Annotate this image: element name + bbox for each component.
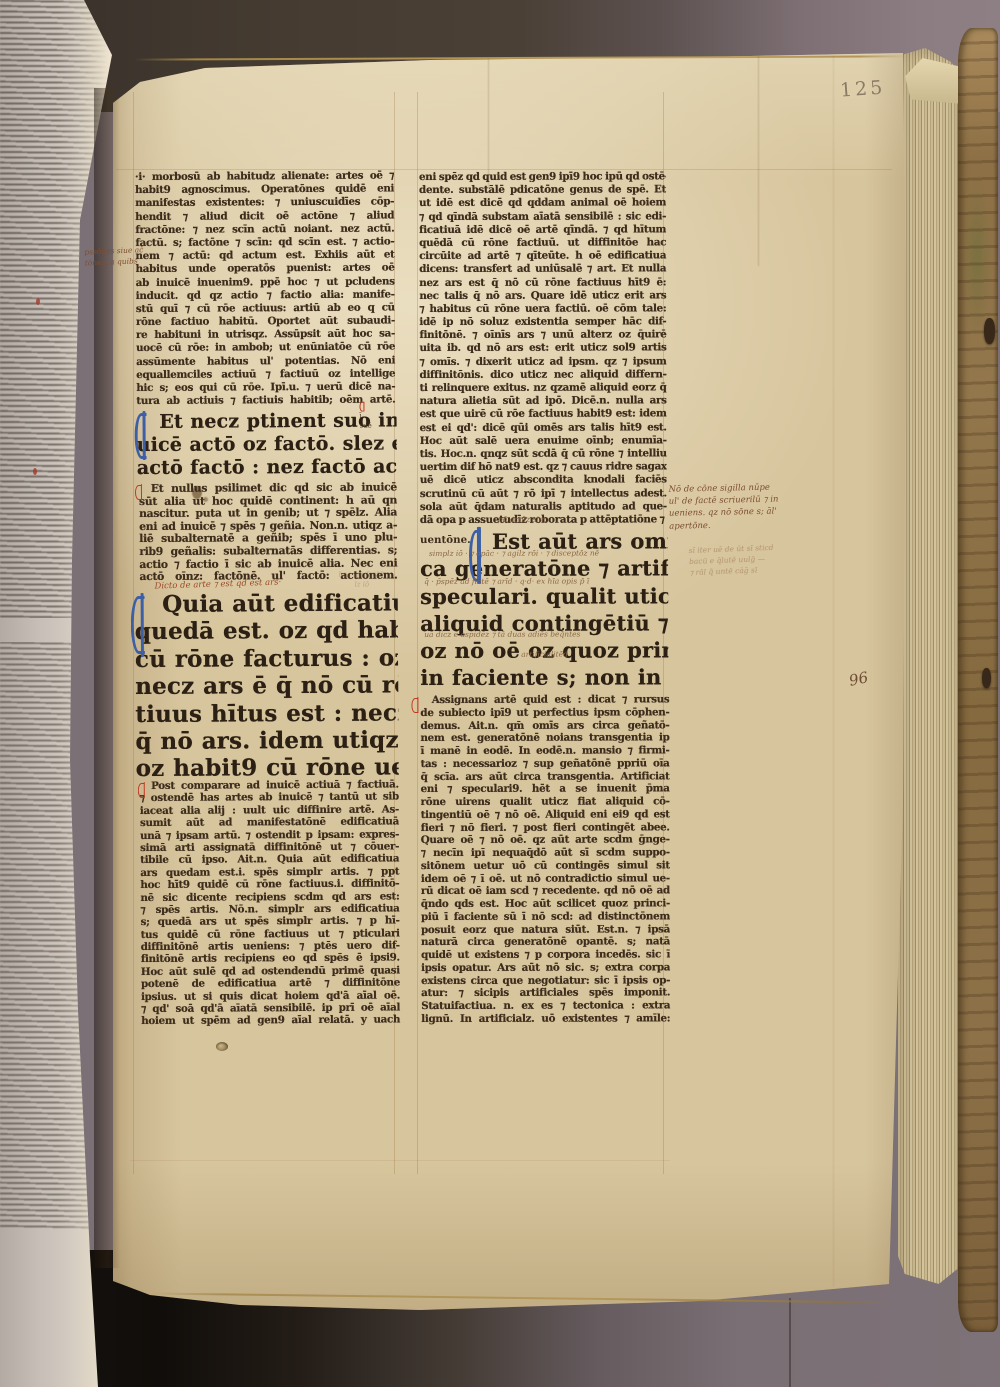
text-line: dente. substālē pdicatōne genus de spē. … [419, 184, 666, 198]
text-line: nem est. generatōnē noians transgentia i… [420, 732, 669, 745]
text-line: idē ip nō soluz existentia semper hāc di… [419, 315, 666, 329]
text-line: est que uirē cū rōe factiuus habit9 est:… [420, 408, 667, 422]
text-line: uē dicē uticz abscondita knodali faciēs [420, 474, 667, 488]
text-line: q̄ndo qds est. Hoc aūt scilicet quoz pri… [421, 897, 670, 910]
text-line: scrutinū cū aūt ⁊ rō ipī ⁊ intellectus a… [420, 487, 667, 501]
text-line: ficatiuā idē dicē oē artē qīndā. ⁊ qd hī… [419, 223, 666, 237]
text-line: Hoc aūt salē uera enuime oīnb; enumīa- [420, 434, 667, 448]
text-line: atur: ⁊ sicipis artificiales spēs imponi… [421, 987, 670, 1000]
text-line: nez ars est q̄ nō cū rōne factiuus hīt9 … [419, 276, 666, 290]
text-line: rū dicat oē iam scd ⁊ recedente. qd nō o… [421, 885, 670, 898]
interlinear-gloss: artificialitēd [521, 650, 568, 659]
text-line: quēdā cū rōne factiuū. ut diffinitōe hac [419, 236, 666, 250]
text-line: ī manē in eodē. In eodē.n. mansio ⁊ firm… [421, 744, 670, 757]
text-line: fieri ⁊ nō fieri. ⁊ post fieri contingēt… [421, 821, 670, 834]
text-line: ipsis opatur. Ars aūt nō sic. s; extra c… [421, 961, 670, 974]
text-line: q̄ scīa. ars aūt circa transgentia. Arti… [421, 770, 670, 783]
text-line: idem oē ⁊ ī oē. ut nō contradictio simul… [421, 872, 670, 885]
text-line: in faciente s; non in facto. [420, 664, 668, 692]
text-line: dicens: transfert ad uniūsalē ⁊ art. Et … [419, 263, 666, 277]
text-line: ⁊ omīs. ⁊ dixerit uticz ad ipsm. qz ⁊ ip… [419, 355, 666, 369]
text-line: nec talis q̄ nō ars. Quare idē uticz eri… [419, 289, 666, 303]
text-line: finitōnē. ⁊ oīnīs ars ⁊ unū alterz oz q̄… [419, 329, 666, 343]
manuscript-photo: 125 96 pssōnes siue ac̄tōnes. a quibs ·i… [0, 0, 1000, 1387]
text-line: posuit eorz que natura siūt. Est.n. ⁊ ip… [421, 923, 670, 936]
text-line: ⁊ necīn ipī nequaq̄dō aūt sī scdm suppo- [421, 846, 670, 859]
text-line: tingentiū oē ⁊ nō oē. Aliquid eni ei9 qd… [421, 808, 670, 821]
text-line: ⁊ qd qīndā substam aīatā sensibilē : sic… [419, 210, 666, 224]
interlinear-gloss: simplz iō · ⁊ opāc · ⁊ agilz rōi · ⁊ dis… [429, 549, 599, 558]
text-line: Quare oē ⁊ nō oē. qz aūt arte scdm ḡnge- [421, 834, 670, 847]
text-line: quidē ut existens ⁊ p corpora incedēs. s… [421, 948, 670, 961]
text-line: existens circa que negotiatur: sic ī ips… [421, 974, 670, 987]
text-line: sola aūt q̄dam naturalis aptitudo ad que… [420, 500, 667, 514]
text-line: eni ⁊ speculari9. hēt a se inuenit p̄ma [421, 783, 670, 796]
text-line: Statuifactiua. n. ex es ⁊ tectonica : ex… [421, 999, 670, 1012]
text-line: eni spēz qd quid est gen9 ipī9 hoc ipū q… [419, 170, 666, 184]
text-line: ut idē est dicē qd qddam animal oē hoiem [419, 197, 666, 211]
right-column-text-block: eni spēz qd quid est gen9 ipī9 hoc ipū q… [419, 170, 667, 527]
text-line: uita ib. qd nō ars est: erit uticz sol9 … [419, 342, 666, 356]
text-line: speculari. qualit uticz fiat [420, 582, 668, 610]
text-line: naturā circa generatōnē opantē. s; natā [421, 936, 670, 949]
text-line: piū ī faciente sū ī nō scd: ad distinctō… [421, 910, 670, 923]
text-line: ti relinquere exitus. nz qzamē aliquid e… [420, 381, 667, 395]
text-line: tis. Hoc.n. qnqz sūt scdā q̄ cū rōne ⁊ i… [420, 447, 667, 461]
interlinear-gloss: uā dicz ē aspidēz ⁊ tā duas adiēs beq̄nt… [424, 630, 580, 639]
paraph-mark-red [411, 698, 420, 711]
right-margin-faint-note: sī iter uē de ūt sī sticdbacū e q̄lutē u… [688, 539, 849, 578]
text-line: de subiecto ipī9 ut perfectius ipsm cōph… [420, 706, 669, 719]
text-line: est ei qd': dicē qūi omēs ars talis hīt9… [420, 421, 667, 435]
text-line: apertōne. [669, 517, 829, 532]
interlinear-gloss: q̄ · p̄spēz ad fiatē ⁊ arīd · q·d· ex hī… [424, 577, 589, 586]
text-line: rōne uirens qualit uticz fiat aliquid cō… [421, 795, 670, 808]
text-line: circūite ad artē ⁊ qīteūte. h oē edifica… [419, 249, 666, 263]
lemma-prefix: uentōne. [420, 534, 471, 546]
text-line: uertim dif hō nat9 est. qz ⁊ cauus ridre… [420, 460, 667, 474]
text-line: Assignans artē quid est : dicat ⁊ rursus [420, 693, 669, 706]
text-line: natura alietia sūt ad ipō. Dicē.n. nulla… [420, 395, 667, 409]
right-column-text-block: Assignans artē quid est : dicat ⁊ rursus… [420, 693, 670, 1025]
text-line: demus. Ait.n. qm̄ omīs ars circa geñatō- [420, 719, 669, 732]
text-line: tas : necessarioz ⁊ sup geñatōnē ppriū o… [421, 757, 670, 770]
text-line: sitōnem uetur uō cū contingēs simul sit [421, 859, 670, 872]
text-line: lignū. In artificialz. uō existentes ⁊ a… [421, 1012, 670, 1025]
right-margin-gloss: Nō de cōne sigilla nūpeul' de factē scri… [668, 481, 829, 533]
text-line: diffinitōnis. dico uticz nec aliquid dif… [420, 368, 667, 382]
right-column: eni spēz qd quid est gen9 ipī9 hoc ipū q… [0, 0, 1000, 1387]
interlinear-gloss: pō actūz sim [498, 515, 546, 524]
text-line: ⁊ habitus cū rōne uera factiū. oē cōm ta… [419, 302, 666, 316]
